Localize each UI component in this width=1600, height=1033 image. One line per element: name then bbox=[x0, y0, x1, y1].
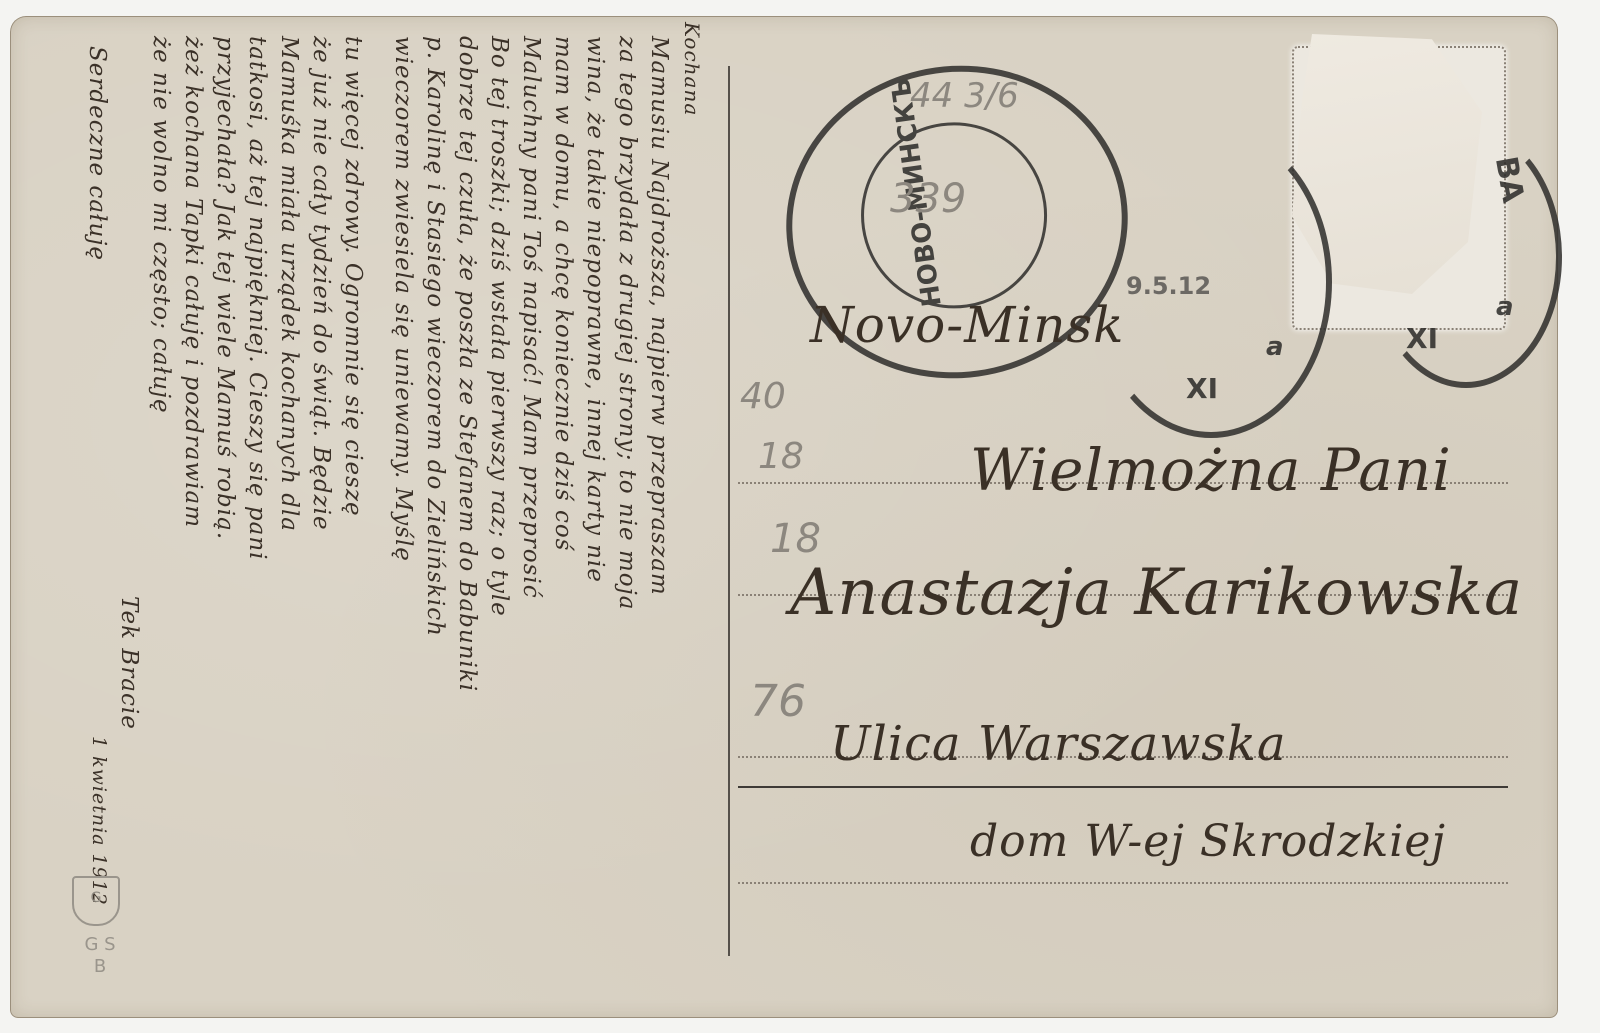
message-line: Bo tej troszki; dziś wstała pierwszy raz… bbox=[478, 36, 512, 1016]
postmark-date: 9.5.12 XI a bbox=[1090, 126, 1332, 438]
message-line: mam w domu, a chcę koniecznie dziś coś bbox=[542, 36, 576, 1016]
message-line: wina, że takie niepoprawne, innej karty … bbox=[574, 36, 608, 1016]
message-line: za tego brzydała z drugiej strony; to ni… bbox=[606, 36, 640, 1016]
publisher-letter: B bbox=[94, 956, 106, 977]
center-divider bbox=[728, 66, 730, 956]
message-line: przyjechała? Jak tej wiele Mamuś robią. bbox=[204, 36, 238, 1016]
message-line: tu więcej zdrowy. Ogromnie się cieszę bbox=[332, 36, 366, 1016]
message-line: tatkosi, aż tej najpiękniej. Cieszy się … bbox=[236, 36, 270, 1016]
message-line: Mamuśka miała urządek kochanych dla bbox=[268, 36, 302, 1016]
postmark-date-text: 9.5.12 bbox=[1126, 272, 1211, 300]
publisher-letter: S bbox=[104, 934, 115, 955]
address-house: dom W-ej Skrodzkiej bbox=[970, 816, 1446, 867]
postmark-second-mark: a bbox=[1496, 292, 1514, 322]
message-line: żeż kochana Tapki całuję i pozdrawiam bbox=[172, 36, 206, 1016]
message-line: dobrze tej czuła, że poszła ze Stefanem … bbox=[446, 36, 480, 1016]
postmark-series: XI bbox=[1186, 372, 1218, 405]
pencil-note-stamp: 339 bbox=[890, 176, 966, 222]
pencil-note-side: 18 bbox=[758, 436, 804, 477]
address-street: Ulica Warszawska bbox=[830, 716, 1287, 772]
message-header: Kochana bbox=[670, 22, 704, 222]
printer-imprint bbox=[56, 666, 71, 670]
publisher-mark: G S B bbox=[80, 934, 120, 978]
message-area: Mamusiu Najdroższa, najpierw przepraszam… bbox=[40, 36, 720, 1016]
message-line: że nie wolno mi często; całuję bbox=[140, 36, 174, 1016]
message-line: Mamusiu Najdroższa, najpierw przepraszam bbox=[638, 36, 672, 1016]
address-rule bbox=[738, 882, 1508, 884]
address-underline bbox=[738, 786, 1508, 788]
postmark-second: ВА XI a bbox=[1370, 126, 1562, 388]
address-salutation: Wielmożna Pani bbox=[970, 436, 1452, 504]
message-line: p. Karolinę i Stasiego wieczorem do Ziel… bbox=[414, 36, 448, 1016]
pencil-note-top: 44 3/6 bbox=[910, 76, 1019, 116]
message-line: że już nie cały tydzień do świąt. Będzie bbox=[300, 36, 334, 1016]
pencil-note-side: 40 bbox=[740, 376, 786, 417]
address-city: Novo-Minsk bbox=[810, 296, 1124, 354]
postmark-second-text: ВА bbox=[1488, 154, 1530, 205]
postcard: Mamusiu Najdroższa, najpierw przepraszam… bbox=[10, 16, 1558, 1018]
address-recipient: Anastazja Karikowska bbox=[790, 556, 1523, 630]
message-line: wieczorem zwiesiela się uniewamy. Myślę bbox=[382, 36, 416, 1016]
publisher-letter: G bbox=[84, 934, 98, 955]
postmark-mark: a bbox=[1266, 332, 1284, 362]
message-line: Maluchny pani Toś napisać! Mam przeprosi… bbox=[510, 36, 544, 1016]
message-line: Serdeczne całuję bbox=[76, 46, 110, 346]
publisher-emblem-icon: G bbox=[72, 876, 120, 926]
postmark-second-series: XI bbox=[1406, 322, 1438, 355]
pencil-note-lower: 76 bbox=[750, 676, 806, 727]
